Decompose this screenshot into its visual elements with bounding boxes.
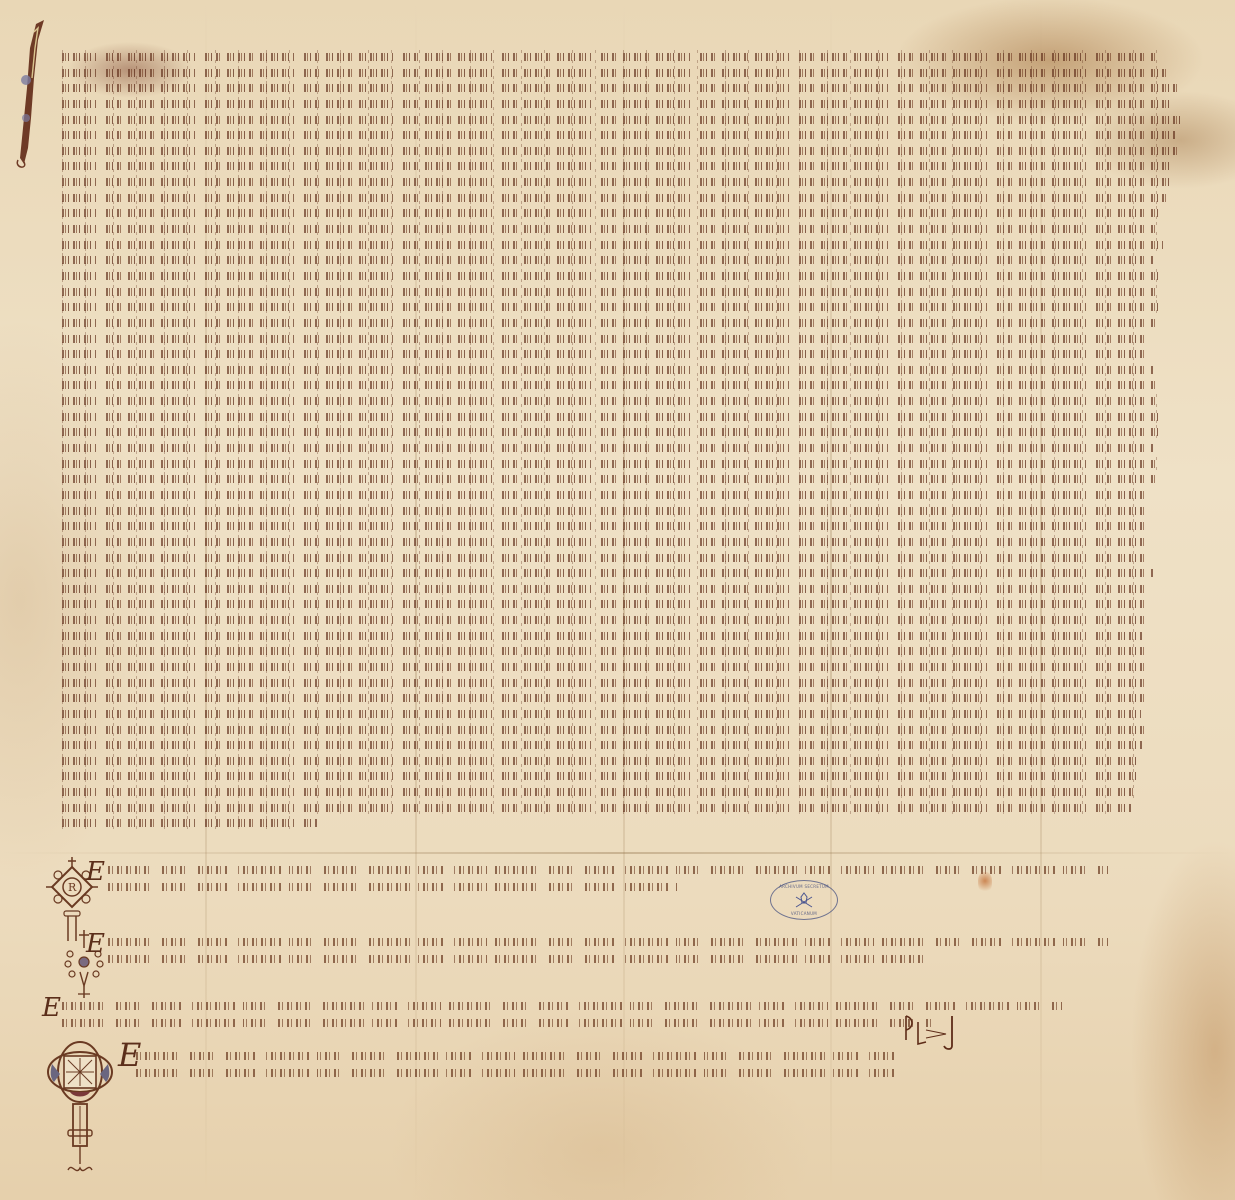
script-line — [62, 128, 1197, 141]
script-line — [62, 394, 1197, 407]
notary-sign-quatrefoil-key-icon — [42, 1034, 118, 1184]
notary-subscription-4: E Et ego Amisius de Aureliano dictus le … — [136, 1048, 896, 1082]
script-line — [62, 144, 1197, 157]
script-line — [62, 472, 1197, 485]
subscription-initial: E — [86, 859, 105, 885]
subscription-line: ...et meo signo solito signavi rogatus — [136, 1065, 896, 1079]
script-line — [62, 754, 1197, 767]
script-line — [62, 785, 1197, 798]
subscription-line: Et ego Umbertus Vercellani clericus Bisu… — [108, 934, 1108, 948]
script-line — [62, 457, 1197, 470]
script-line — [62, 97, 1197, 110]
script-line — [62, 206, 1197, 219]
script-line: In nomine Domini amen. Nos Berengarius t… — [62, 50, 1197, 63]
script-line — [62, 629, 1197, 642]
script-line — [62, 441, 1197, 454]
script-line — [62, 566, 1197, 579]
script-line — [62, 488, 1197, 501]
script-line — [62, 113, 1197, 126]
stamp-label-top: ARCHIVUM SECRETUM — [771, 884, 837, 889]
script-line — [62, 66, 1197, 79]
main-text-block: In nomine Domini amen. Nos Berengarius t… — [62, 50, 1197, 832]
wax-trace — [978, 872, 992, 894]
script-line — [62, 269, 1197, 282]
script-line — [62, 551, 1197, 564]
notary-subscription-1: E Et ego Robertus de Condeto clericus pu… — [108, 862, 1108, 896]
script-line-final — [62, 816, 1197, 829]
script-line — [62, 801, 1197, 814]
script-line — [62, 425, 1197, 438]
subscription-initial: E — [42, 995, 61, 1021]
archive-stamp: ARCHIVUM SECRETUM VATICANUM — [770, 880, 838, 920]
script-line — [62, 347, 1197, 360]
notary-subscription-2: E Et ego Umbertus Vercellani clericus Bi… — [108, 934, 1108, 968]
script-line — [62, 691, 1197, 704]
script-line — [62, 175, 1197, 188]
script-line — [62, 613, 1197, 626]
subscription-line: Et ego Nicolaus Nicolai de Benevento pub… — [62, 998, 1062, 1012]
script-line — [62, 738, 1197, 751]
script-line — [62, 676, 1197, 689]
script-line — [62, 410, 1197, 423]
subscription-initial: E — [86, 931, 105, 957]
script-line — [62, 363, 1197, 376]
script-line — [62, 582, 1197, 595]
script-line — [62, 253, 1197, 266]
script-line — [62, 222, 1197, 235]
svg-text:R: R — [68, 881, 77, 894]
script-line — [62, 535, 1197, 548]
parchment-sheet: In nomine Domini amen. Nos Berengarius t… — [0, 0, 1235, 1200]
script-line — [62, 191, 1197, 204]
script-line — [62, 519, 1197, 532]
script-line — [62, 597, 1197, 610]
script-line — [62, 316, 1197, 329]
fold-crease — [0, 852, 1235, 854]
script-line — [62, 644, 1197, 657]
subscription-line: ...et hoc presens instrumentum propria m… — [108, 879, 1108, 893]
subscription-line: ...et de mandato ipsorum dominorum cardi… — [108, 951, 1108, 965]
script-line — [62, 769, 1197, 782]
script-line — [62, 300, 1197, 313]
script-line — [62, 378, 1197, 391]
stamp-label-bottom: VATICANUM — [771, 911, 837, 916]
script-line — [62, 159, 1197, 172]
notary-monogram-icon — [900, 1012, 970, 1052]
subscription-line: Et ego Amisius de Aureliano dictus le Ra… — [136, 1048, 896, 1062]
script-line — [62, 238, 1197, 251]
illuminated-initial-icon — [14, 18, 44, 168]
script-line — [62, 723, 1197, 736]
script-line — [62, 707, 1197, 720]
script-line — [62, 285, 1197, 298]
subscription-line: Et ego Robertus de Condeto clericus publ… — [108, 862, 1108, 876]
script-line — [62, 332, 1197, 345]
papal-tiara-keys-icon — [793, 891, 815, 909]
script-line — [62, 81, 1197, 94]
script-line — [62, 660, 1197, 673]
script-line — [62, 504, 1197, 517]
